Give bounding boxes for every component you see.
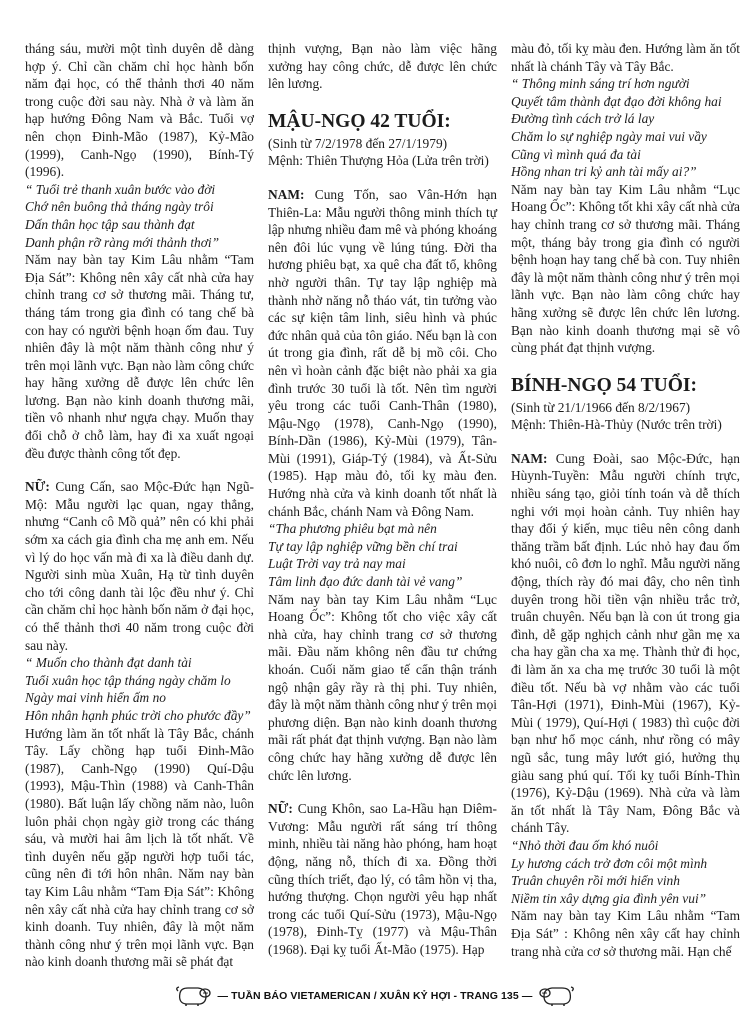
- poem-line: Luật Trời vay trả nay mai: [268, 555, 497, 573]
- spacer: [25, 462, 254, 478]
- poem-line: Ly hương cách trở đơn côi một mình: [511, 855, 740, 873]
- paragraph-text: Cung Khôn, sao La-Hầu hạn Diêm-Vương: Mẫ…: [268, 801, 497, 957]
- poem-line: Tâm linh đạo đức danh tài vẻ vang”: [268, 573, 497, 591]
- gender-label: NAM:: [511, 451, 547, 466]
- page-footer: — TUẦN BÁO VIETAMERICAN / XUÂN KỶ HỢI - …: [0, 985, 750, 1007]
- poem-line: “ Tuổi trẻ thanh xuân bước vào đời: [25, 181, 254, 199]
- poem-line: Cũng vì mình quá đa tài: [511, 146, 740, 164]
- birth-info-line: Mệnh: Thiên-Hà-Thủy (Nước trên trời): [511, 416, 740, 434]
- poem-line: Quyết tâm thành đạt đạo đời không hai: [511, 93, 740, 111]
- poem-line: “Tha phương phiêu bạt mà nên: [268, 520, 497, 538]
- poem-line: “Nhỏ thời đau ốm khó nuôi: [511, 837, 740, 855]
- paragraph-text: Cung Tốn, sao Vân-Hớn hạn Thiên-La: Mẫu …: [268, 187, 497, 519]
- paragraph: tháng sáu, mười một tình duyên dễ dàng h…: [25, 40, 254, 181]
- poem-line: Ngày mai vinh hiển ấm no: [25, 689, 254, 707]
- poem-line: “ Muốn cho thành đạt danh tài: [25, 654, 254, 672]
- column-2: thịnh vượng, Bạn nào làm việc hãng xưởng…: [268, 40, 497, 970]
- gender-label: NAM:: [268, 187, 304, 202]
- poem-line: Tuổi xuân học tập tháng ngày chăm lo: [25, 672, 254, 690]
- poem-line: “ Thông minh sáng trí hơn người: [511, 75, 740, 93]
- spacer: [268, 170, 497, 186]
- birth-info: (Sinh từ 7/2/1978 đến 27/1/1979)Mệnh: Th…: [268, 135, 497, 170]
- paragraph: Năm nay bàn tay Kim Lâu nhằm “Lục Hoang …: [511, 181, 740, 357]
- paragraph: thịnh vượng, Bạn nào làm việc hãng xưởng…: [268, 40, 497, 93]
- poem-line: Chăm lo sự nghiệp ngày mai vui vầy: [511, 128, 740, 146]
- poem: “ Thông minh sáng trí hơn ngườiQuyết tâm…: [511, 75, 740, 181]
- gender-paragraph: NỮ: Cung Cấn, sao Mộc-Đức hạn Ngũ-Mộ: Mẫ…: [25, 478, 254, 654]
- poem-line: Danh phận rỡ ràng mới thảnh thơi”: [25, 234, 254, 252]
- poem-line: Hồng nhan tri kỷ anh tài mấy ai?”: [511, 163, 740, 181]
- poem-line: Hôn nhân hạnh phúc trời cho phước đầy”: [25, 707, 254, 725]
- section-heading: MẬU-NGỌ 42 TUỔI:: [268, 111, 497, 133]
- spacer: [511, 434, 740, 450]
- poem: “Nhỏ thời đau ốm khó nuôiLy hương cách t…: [511, 837, 740, 907]
- birth-info-line: Mệnh: Thiên Thượng Hỏa (Lửa trên trời): [268, 152, 497, 170]
- birth-info: (Sinh từ 21/1/1966 đến 8/2/1967)Mệnh: Th…: [511, 399, 740, 434]
- paragraph: màu đỏ, tối kỵ màu đen. Hướng làm ăn tốt…: [511, 40, 740, 75]
- paragraph: Năm nay bàn tay Kim Lâu nhằm “Tam Địa Sá…: [511, 907, 740, 960]
- poem: “Tha phương phiêu bạt mà nênTự tay lập n…: [268, 520, 497, 590]
- poem-line: Tự tay lập nghiệp vững bền chí trai: [268, 538, 497, 556]
- gender-label: NỮ:: [25, 479, 50, 494]
- column-3: màu đỏ, tối kỵ màu đen. Hướng làm ăn tốt…: [511, 40, 740, 970]
- section-heading: BÍNH-NGỌ 54 TUỔI:: [511, 375, 740, 397]
- paragraph-text: Cung Đoài, sao Mộc-Đức, hạn Hùynh-Tuyền:…: [511, 451, 740, 835]
- poem-line: Niềm tin xây dựng gia đình yên vui”: [511, 890, 740, 908]
- paragraph: Năm nay bàn tay Kim Lâu nhằm “Tam Địa Sá…: [25, 251, 254, 462]
- poem-line: Đường tình cách trở lá lay: [511, 110, 740, 128]
- gender-paragraph: NỮ: Cung Khôn, sao La-Hầu hạn Diêm-Vương…: [268, 800, 497, 958]
- gender-paragraph: NAM: Cung Tốn, sao Vân-Hớn hạn Thiên-La:…: [268, 186, 497, 520]
- pig-icon: [536, 985, 576, 1007]
- footer-text: — TUẦN BÁO VIETAMERICAN / XUÂN KỶ HỢI - …: [218, 990, 533, 1002]
- spacer: [268, 784, 497, 800]
- poem-line: Chớ nên buông thả tháng ngày trôi: [25, 198, 254, 216]
- column-1: tháng sáu, mười một tình duyên dễ dàng h…: [25, 40, 254, 970]
- poem: “ Tuổi trẻ thanh xuân bước vào đờiChớ nê…: [25, 181, 254, 251]
- poem-line: Truân chuyên rồi mới hiển vinh: [511, 872, 740, 890]
- birth-info-line: (Sinh từ 21/1/1966 đến 8/2/1967): [511, 399, 740, 417]
- paragraph: Năm nay bàn tay Kim Lâu nhằm “Lục Hoang …: [268, 591, 497, 785]
- poem-line: Dấn thân học tập sau thành đạt: [25, 216, 254, 234]
- paragraph: Hướng làm ăn tốt nhất là Tây Bắc, chánh …: [25, 725, 254, 971]
- paragraph-text: Cung Cấn, sao Mộc-Đức hạn Ngũ-Mộ: Mẫu ng…: [25, 479, 254, 652]
- article-page: tháng sáu, mười một tình duyên dễ dàng h…: [25, 40, 740, 970]
- pig-icon: [174, 985, 214, 1007]
- gender-paragraph: NAM: Cung Đoài, sao Mộc-Đức, hạn Hùynh-T…: [511, 450, 740, 837]
- poem: “ Muốn cho thành đạt danh tàiTuổi xuân h…: [25, 654, 254, 724]
- gender-label: NỮ:: [268, 801, 293, 816]
- birth-info-line: (Sinh từ 7/2/1978 đến 27/1/1979): [268, 135, 497, 153]
